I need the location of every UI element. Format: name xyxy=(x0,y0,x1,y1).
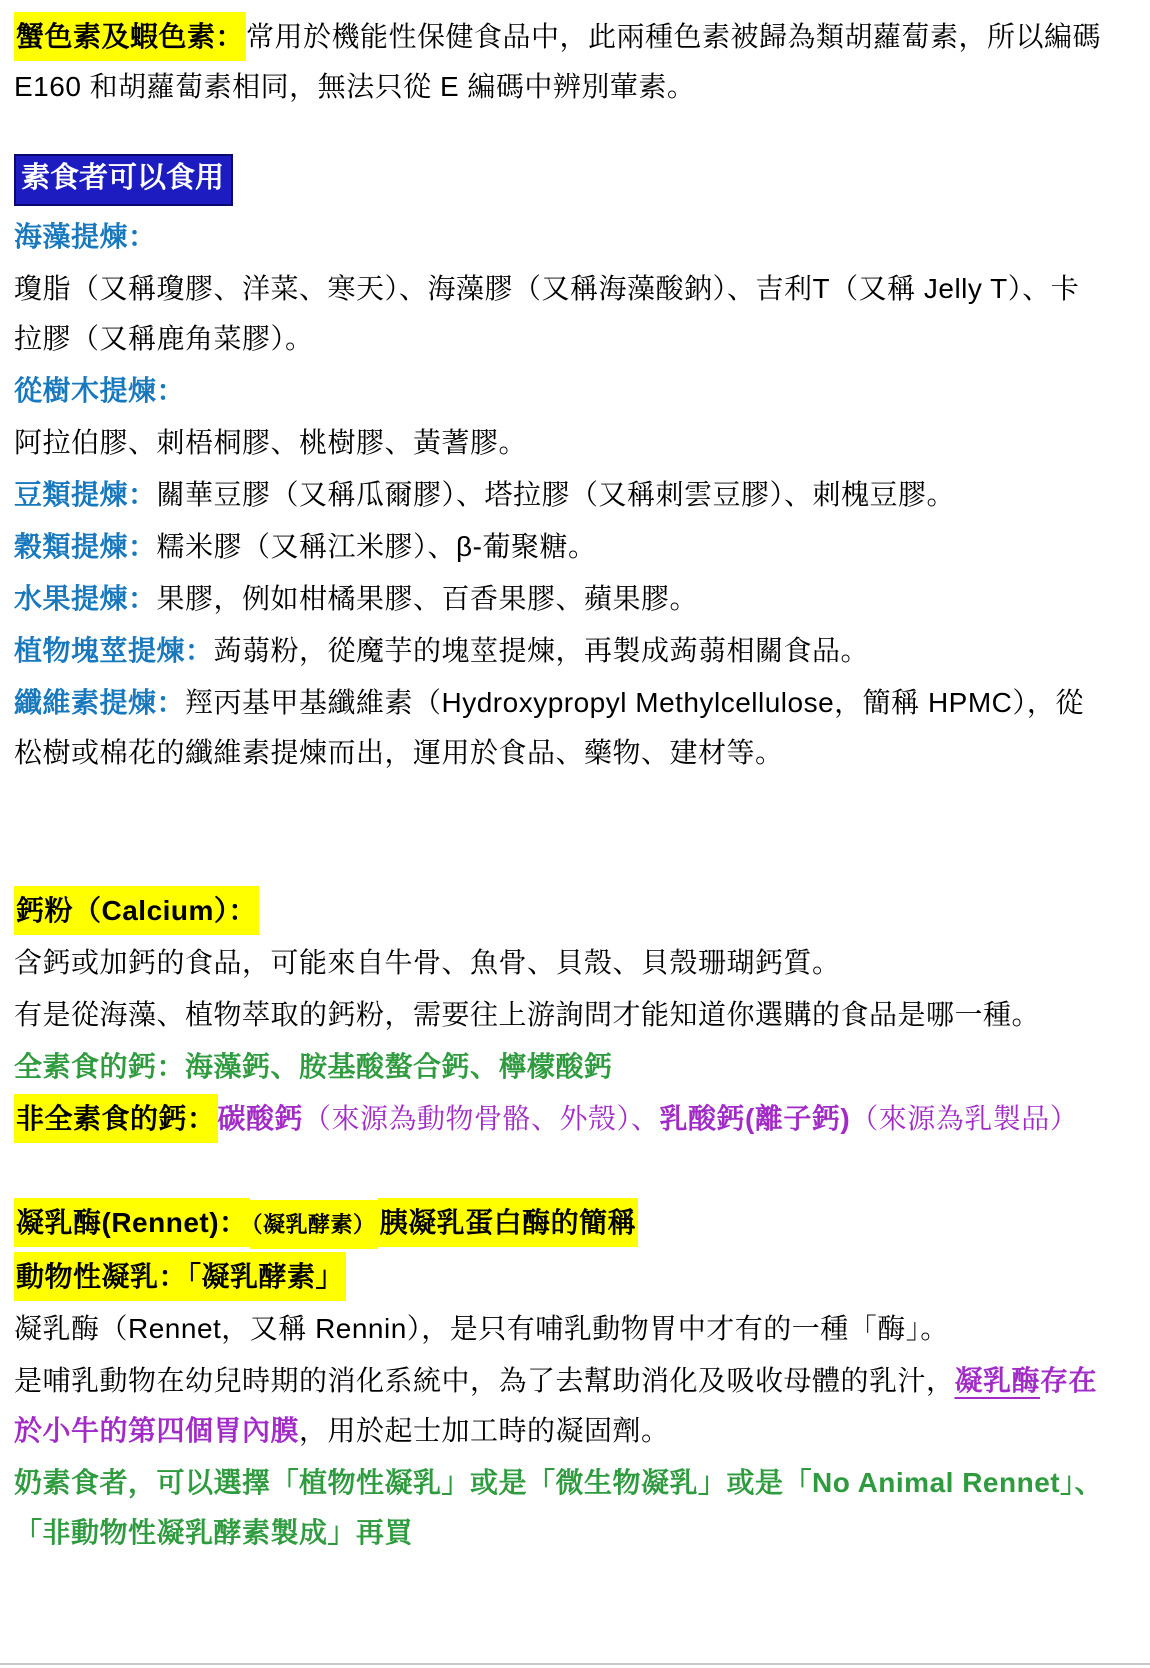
calcium-source-paragraph: 含鈣或加鈣的食品，可能來自牛骨、魚骨、貝殼、貝殼珊瑚鈣質。 xyxy=(14,938,1106,988)
animal-rennet-heading: 動物性凝乳：「凝乳酵素」 xyxy=(14,1252,1106,1302)
calcium-heading: 鈣粉（Calcium）： xyxy=(14,886,1106,936)
text-run: （凝乳酵素） xyxy=(250,1200,378,1249)
text-run: 阿拉伯膠、刺梧桐膠、桃樹膠、黃蓍膠。 xyxy=(14,427,527,458)
text-run: （來源為動物骨骼、外殼）、 xyxy=(303,1103,660,1134)
text-run: 蒟蒻粉，從魔芋的塊莖提煉，再製成蒟蒻相關食品。 xyxy=(214,635,870,666)
tree-extract-paragraph: 阿拉伯膠、刺梧桐膠、桃樹膠、黃蓍膠。 xyxy=(14,418,1106,468)
rennet-definition-paragraph: 凝乳酶（Rennet，又稱 Rennin），是只有哺乳動物胃中才有的一種「酶」。 xyxy=(14,1304,1106,1354)
vegan-calcium-paragraph: 全素食的鈣：海藻鈣、胺基酸螯合鈣、檸檬酸鈣 xyxy=(14,1042,1106,1092)
text-run: 凝乳酶（Rennet，又稱 Rennin），是只有哺乳動物胃中才有的一種「酶」。 xyxy=(14,1313,949,1344)
fruit-extract-paragraph: 水果提煉：果膠，例如柑橘果膠、百香果膠、蘋果膠。 xyxy=(14,574,1106,624)
section-spacer xyxy=(14,114,1106,154)
text-run: 碳酸鈣 xyxy=(218,1103,304,1134)
text-run: 有是從海藻、植物萃取的鈣粉，需要往上游詢問才能知道你選購的食品是哪一種。 xyxy=(14,999,1040,1030)
tree-extract-heading: 從樹木提煉： xyxy=(14,366,1106,416)
document-body: 蟹色素及蝦色素：常用於機能性保健食品中，此兩種色素被歸為類胡蘿蔔素，所以編碼 E… xyxy=(0,0,1150,1558)
seaweed-extract-paragraph: 瓊脂（又稱瓊膠、洋菜、寒天）、海藻膠（又稱海藻酸鈉）、吉利T（又稱 Jelly … xyxy=(14,264,1106,364)
text-run: 動物性凝乳：「凝乳酵素」 xyxy=(14,1252,346,1301)
text-run: 鈣粉（Calcium）： xyxy=(14,886,259,935)
text-run: 豆類提煉： xyxy=(14,479,157,510)
text-run: 從樹木提煉： xyxy=(14,375,185,406)
text-run: 非全素食的鈣： xyxy=(14,1094,218,1143)
text-run: 果膠，例如柑橘果膠、百香果膠、蘋果膠。 xyxy=(157,583,699,614)
grain-extract-paragraph: 穀類提煉：糯米膠（又稱江米膠）、β-葡聚糖。 xyxy=(14,522,1106,572)
text-run: 是哺乳動物在幼兒時期的消化系統中，為了去幫助消化及吸收母體的乳汁， xyxy=(14,1365,955,1396)
text-run: 纖維素提煉： xyxy=(14,687,185,718)
text-run: 水果提煉： xyxy=(14,583,157,614)
seaweed-extract-heading: 海藻提煉： xyxy=(14,212,1106,262)
tuber-extract-paragraph: 植物塊莖提煉：蒟蒻粉，從魔芋的塊莖提煉，再製成蒟蒻相關食品。 xyxy=(14,626,1106,676)
page-bottom-divider xyxy=(0,1663,1150,1665)
text-run: 植物塊莖提煉： xyxy=(14,635,214,666)
text-run: 關華豆膠（又稱瓜爾膠）、塔拉膠（又稱刺雲豆膠）、刺槐豆膠。 xyxy=(157,479,956,510)
text-run: 穀類提煉： xyxy=(14,531,157,562)
vegetarian-edible-heading: 素食者可以食用 xyxy=(14,154,1106,206)
rennet-function-paragraph: 是哺乳動物在幼兒時期的消化系統中，為了去幫助消化及吸收母體的乳汁，凝乳酶存在於小… xyxy=(14,1356,1106,1456)
text-run: ，用於起士加工時的凝固劑。 xyxy=(299,1415,670,1446)
rennet-link[interactable]: 凝乳酶 xyxy=(955,1365,1041,1396)
text-run: 海藻提煉： xyxy=(14,221,157,252)
text-run: 蟹色素及蝦色素： xyxy=(14,12,246,61)
pigment-note-paragraph: 蟹色素及蝦色素：常用於機能性保健食品中，此兩種色素被歸為類胡蘿蔔素，所以編碼 E… xyxy=(14,12,1106,112)
cellulose-extract-paragraph: 纖維素提煉：羥丙基甲基纖維素（Hydroxypropyl Methylcellu… xyxy=(14,678,1106,778)
text-run: 奶素食者，可以選擇「植物性凝乳」或是「微生物凝乳」或是「No Animal Re… xyxy=(14,1467,1103,1548)
text-run: 瓊脂（又稱瓊膠、洋菜、寒天）、海藻膠（又稱海藻酸鈉）、吉利T（又稱 Jelly … xyxy=(14,273,1079,354)
text-run: 糯米膠（又稱江米膠）、β-葡聚糖。 xyxy=(157,531,597,562)
heading-label: 素食者可以食用 xyxy=(14,154,233,206)
text-run: 乳酸鈣(離子鈣) xyxy=(660,1103,851,1134)
legume-extract-paragraph: 豆類提煉：關華豆膠（又稱瓜爾膠）、塔拉膠（又稱刺雲豆膠）、刺槐豆膠。 xyxy=(14,470,1106,520)
rennet-heading: 凝乳酶(Rennet)：（凝乳酵素）胰凝乳蛋白酶的簡稱 xyxy=(14,1198,1106,1250)
text-run: （來源為乳製品） xyxy=(850,1103,1078,1134)
non-vegan-calcium-paragraph: 非全素食的鈣：碳酸鈣（來源為動物骨骼、外殼）、乳酸鈣(離子鈣)（來源為乳製品） xyxy=(14,1094,1106,1144)
section-spacer xyxy=(14,1146,1106,1198)
lacto-vegetarian-advice-paragraph: 奶素食者，可以選擇「植物性凝乳」或是「微生物凝乳」或是「No Animal Re… xyxy=(14,1458,1106,1558)
section-spacer xyxy=(14,780,1106,886)
text-run: 胰凝乳蛋白酶的簡稱 xyxy=(378,1198,639,1247)
text-run: 含鈣或加鈣的食品，可能來自牛骨、魚骨、貝殼、貝殼珊瑚鈣質。 xyxy=(14,947,841,978)
text-run: 全素食的鈣：海藻鈣、胺基酸螯合鈣、檸檬酸鈣 xyxy=(14,1051,613,1082)
text-run: 凝乳酶(Rennet)： xyxy=(14,1198,250,1247)
calcium-inquiry-paragraph: 有是從海藻、植物萃取的鈣粉，需要往上游詢問才能知道你選購的食品是哪一種。 xyxy=(14,990,1106,1040)
